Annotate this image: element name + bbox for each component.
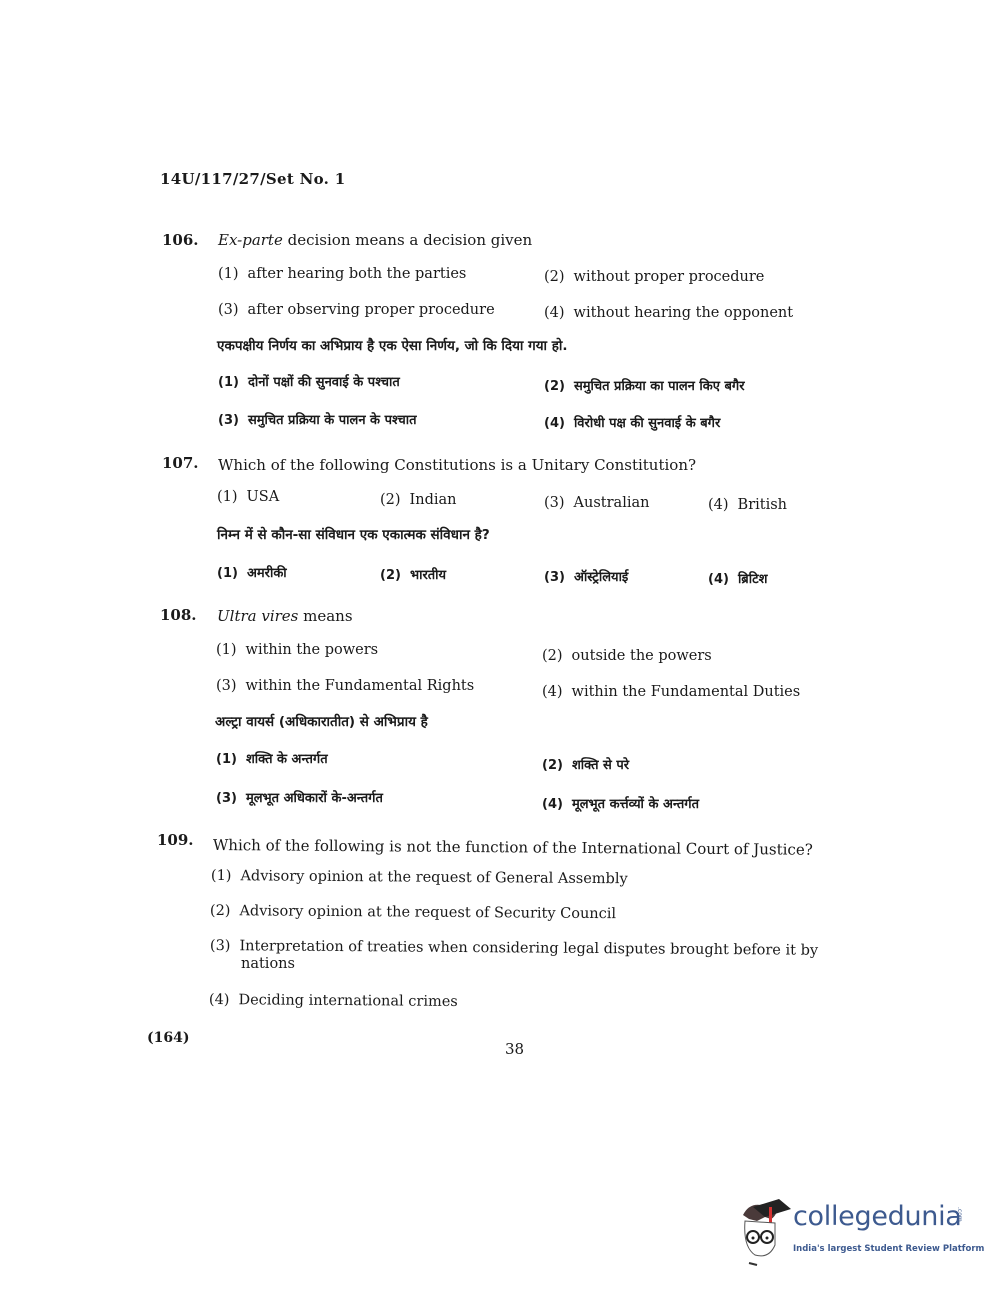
option-text: outside the powers [572,648,712,664]
option-text: Advisory opinion at the request of Secur… [239,903,616,922]
option-text: within the Fundamental Rights [246,678,475,694]
option-3: (3)Interpretation of treaties when consi… [210,938,818,959]
hindi-option-1: (1)शक्ति के अन्तर्गत [216,749,328,767]
option-text: शक्ति के अन्तर्गत [246,752,328,767]
option-text: ऑस्ट्रेलियाई [574,570,628,585]
option-label: (3) [210,938,231,954]
hindi-option-2: (2)समुचित प्रक्रिया का पालन किए बगैर [544,376,745,394]
hindi-option-4: (4)मूलभूत कर्त्तव्यों के अन्तर्गत [542,794,699,812]
option-label: (3) [218,413,239,428]
option-4: (4)Deciding international crimes [209,992,458,1010]
option-label: (4) [544,416,565,431]
option-2: (2)Advisory opinion at the request of Se… [210,903,616,922]
mascot-logo-icon [735,1197,793,1267]
option-text: ब्रिटिश [738,572,768,587]
hindi-option-1: (1)दोनों पक्षों की सुनवाई के पश्चात [218,372,400,390]
option-label: (3) [216,791,237,806]
option-3: (3)within the Fundamental Rights [216,678,474,694]
option-text: मूलभूत अधिकारों के-अन्तर्गत [246,791,383,806]
option-3-continuation: nations [241,956,295,972]
hindi-question-text: एकपक्षीय निर्णय का अभिप्राय है एक ऐसा नि… [217,336,568,354]
hindi-option-3: (3)समुचित प्रक्रिया के पालन के पश्चात [218,410,417,428]
brand-tagline: India's largest Student Review Platform [793,1244,984,1254]
question-text-rest: means [298,607,352,625]
option-label: (4) [542,684,563,700]
option-text: after hearing both the parties [248,266,467,282]
option-text: without proper procedure [574,269,765,285]
option-label: (1) [217,489,238,505]
option-text: Deciding international crimes [238,992,457,1010]
option-label: (2) [542,758,563,773]
option-text: after observing proper procedure [248,302,495,318]
option-label: (2) [544,269,565,285]
page-number: 38 [505,1040,524,1058]
option-text: समुचित प्रक्रिया के पालन के पश्चात [248,413,417,428]
option-text: Advisory opinion at the request of Gener… [240,868,627,887]
hindi-option-1: (1)अमरीकी [217,563,287,581]
option-text: अमरीकी [247,566,287,581]
paper-set-code: 14U/117/27/Set No. 1 [160,170,345,188]
collegedunia-watermark: collegedunia .com India's largest Studen… [735,1197,965,1267]
hindi-option-4: (4)विरोधी पक्ष की सुनवाई के बगैर [544,413,720,431]
option-text: within the Fundamental Duties [572,684,801,700]
option-label: (1) [211,868,232,884]
option-label: (2) [544,379,565,394]
option-label: (3) [544,570,565,585]
latin-term: Ex-parte [218,231,283,249]
option-2: (2)outside the powers [542,648,712,664]
question-text: Ex-parte decision means a decision given [218,231,532,249]
option-label: (3) [218,302,239,318]
option-label: (3) [544,495,565,511]
option-4: (4)within the Fundamental Duties [542,684,800,700]
option-1: (1)Advisory opinion at the request of Ge… [211,868,628,887]
option-label: (2) [210,903,231,919]
option-1: (1)within the powers [216,642,378,658]
option-label: (2) [542,648,563,664]
option-3: (3)after observing proper procedure [218,302,495,318]
brand-com: .com [956,1207,963,1222]
option-text: भारतीय [410,568,446,583]
option-label: (4) [708,497,729,513]
hindi-option-4: (4)ब्रिटिश [708,569,768,587]
option-label: (2) [380,492,401,508]
option-label: (1) [217,566,238,581]
option-text: Indian [410,492,457,508]
option-label: (1) [216,752,237,767]
hindi-option-2: (2)शक्ति से परे [542,755,629,773]
option-label: (3) [216,678,237,694]
option-label: (1) [218,375,239,390]
option-text: शक्ति से परे [572,758,629,773]
option-label: (4) [209,992,230,1008]
option-4: (4)British [708,497,787,513]
option-text: मूलभूत कर्त्तव्यों के अन्तर्गत [572,797,699,812]
option-label: (4) [708,572,729,587]
question-text-rest: decision means a decision given [283,231,532,249]
option-text: USA [247,489,280,505]
option-text: दोनों पक्षों की सुनवाई के पश्चात [248,375,400,390]
option-label: (4) [542,797,563,812]
question-text: Which of the following Constitutions is … [218,456,696,474]
option-1: (1)after hearing both the parties [218,266,466,282]
option-2: (2)Indian [380,492,457,508]
question-number: 108. [160,606,197,624]
question-number: 106. [162,231,199,249]
question-number: 107. [162,454,199,472]
option-text: Interpretation of treaties when consider… [239,938,818,959]
option-2: (2)without proper procedure [544,269,764,285]
option-1: (1)USA [217,489,279,505]
brand-name: collegedunia [793,1201,962,1232]
latin-term: Ultra vires [217,607,298,625]
option-text: विरोधी पक्ष की सुनवाई के बगैर [574,416,720,431]
option-text: without hearing the opponent [574,305,794,321]
option-4: (4)without hearing the opponent [544,305,793,321]
option-text: Australian [574,495,650,511]
option-label: (1) [218,266,239,282]
option-label: (4) [544,305,565,321]
hindi-option-3: (3)ऑस्ट्रेलियाई [544,567,628,585]
question-number: 109. [157,831,194,849]
hindi-question-text: निम्न में से कौन-सा संविधान एक एकात्मक स… [217,525,490,543]
option-text: British [738,497,787,513]
option-text: समुचित प्रक्रिया का पालन किए बगैर [574,379,745,394]
hindi-option-3: (3)मूलभूत अधिकारों के-अन्तर्गत [216,788,383,806]
question-text: Which of the following is not the functi… [213,836,813,859]
option-text: within the powers [246,642,379,658]
option-3: (3)Australian [544,495,649,511]
question-text: Ultra vires means [217,607,353,625]
option-label: (1) [216,642,237,658]
option-label: (2) [380,568,401,583]
booklet-code: (164) [147,1030,189,1046]
hindi-question-text: अल्ट्रा वायर्स (अधिकारातीत) से अभिप्राय … [215,712,428,730]
hindi-option-2: (2)भारतीय [380,565,446,583]
